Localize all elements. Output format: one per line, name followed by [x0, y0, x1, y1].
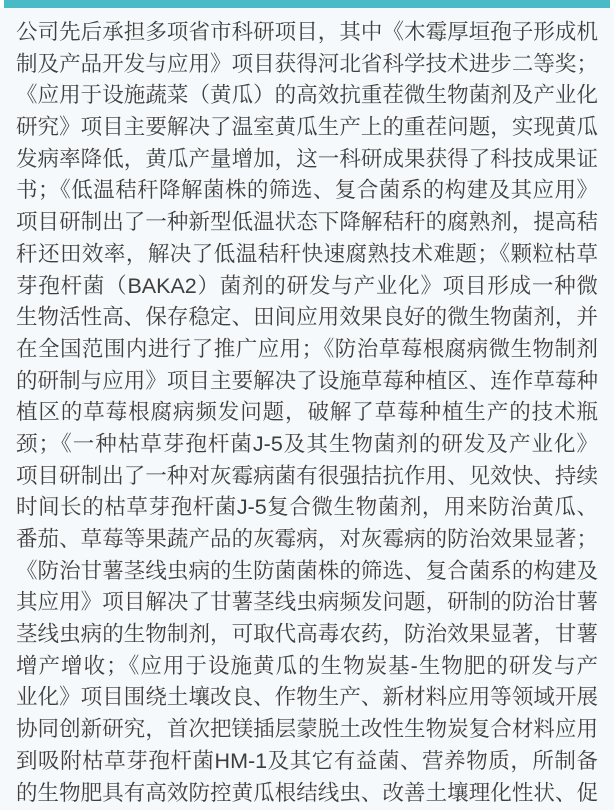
text-line: 到吸附枯草芽孢杆菌HM-1及其它有益菌、营养物质，所制备 [16, 746, 598, 778]
text-line: 业化》项目围绕土壤改良、作物生产、新材料应用等领域开展 [16, 682, 598, 714]
text-line: 茎线虫病的生物制剂，可取代高毒农药，防治效果显著，甘薯 [16, 619, 598, 651]
article-text-block: 公司先后承担多项省市科研项目，其中《木霉厚垣孢子形成机 制及产品开发与应用》项目… [0, 8, 614, 809]
text-line: 芽孢杆菌（BAKA2）菌剂的研发与产业化》项目形成一种微 [16, 271, 598, 303]
text-line: 制及产品开发与应用》项目获得河北省科学技术进步二等奖； [16, 49, 598, 81]
text-line: 项目研制出了一种新型低温状态下降解秸秆的腐熟剂，提高秸 [16, 207, 598, 239]
text-line: 秆还田效率，解决了低温秸秆快速腐熟技术难题；《颗粒枯草 [16, 239, 598, 271]
text-line: 协同创新研究，首次把镁插层蒙脱土改性生物炭复合材料应用 [16, 714, 598, 746]
text-line: 在全国范围内进行了推广应用；《防治草莓根腐病微生物制剂 [16, 334, 598, 366]
text-line: 植区的草莓根腐病频发问题，破解了草莓种植生产的技术瓶 [16, 397, 598, 429]
text-line: 书；《低温秸秆降解菌株的筛选、复合菌系的构建及其应用》 [16, 175, 598, 207]
text-line: 的生物肥具有高效防控黄瓜根结线虫、改善土壤理化性状、促 [16, 778, 598, 810]
text-line: 生物活性高、保存稳定、田间应用效果良好的微生物菌剂，并 [16, 302, 598, 334]
text-line: 时间长的枯草芽孢杆菌J-5复合微生物菌剂，用来防治黄瓜、 [16, 492, 598, 524]
text-line: 《应用于设施蔬菜（黄瓜）的高效抗重茬微生物菌剂及产业化 [16, 80, 598, 112]
text-line: 的研制与应用》项目主要解决了设施草莓种植区、连作草莓种 [16, 366, 598, 398]
text-line: 颈；《一种枯草芽孢杆菌J-5及其生物菌剂的研发及产业化》 [16, 429, 598, 461]
text-line: 《防治甘薯茎线虫病的生防菌菌株的筛选、复合菌系的构建及 [16, 556, 598, 588]
text-line: 番茄、草莓等果蔬产品的灰霉病，对灰霉病的防治效果显著； [16, 524, 598, 556]
text-line: 其应用》项目解决了甘薯茎线虫病频发问题，研制的防治甘薯 [16, 587, 598, 619]
text-line: 项目研制出了一种对灰霉病菌有很强拮抗作用、见效快、持续 [16, 461, 598, 493]
top-strip [0, 0, 614, 8]
text-line: 研究》项目主要解决了温室黄瓜生产上的重茬问题，实现黄瓜 [16, 112, 598, 144]
top-accent-bar [4, 0, 610, 8]
text-line: 发病率降低，黄瓜产量增加，这一科研成果获得了科技成果证 [16, 144, 598, 176]
text-line: 公司先后承担多项省市科研项目，其中《木霉厚垣孢子形成机 [16, 17, 598, 49]
text-line: 增产增收；《应用于设施黄瓜的生物炭基-生物肥的研发与产 [16, 651, 598, 683]
